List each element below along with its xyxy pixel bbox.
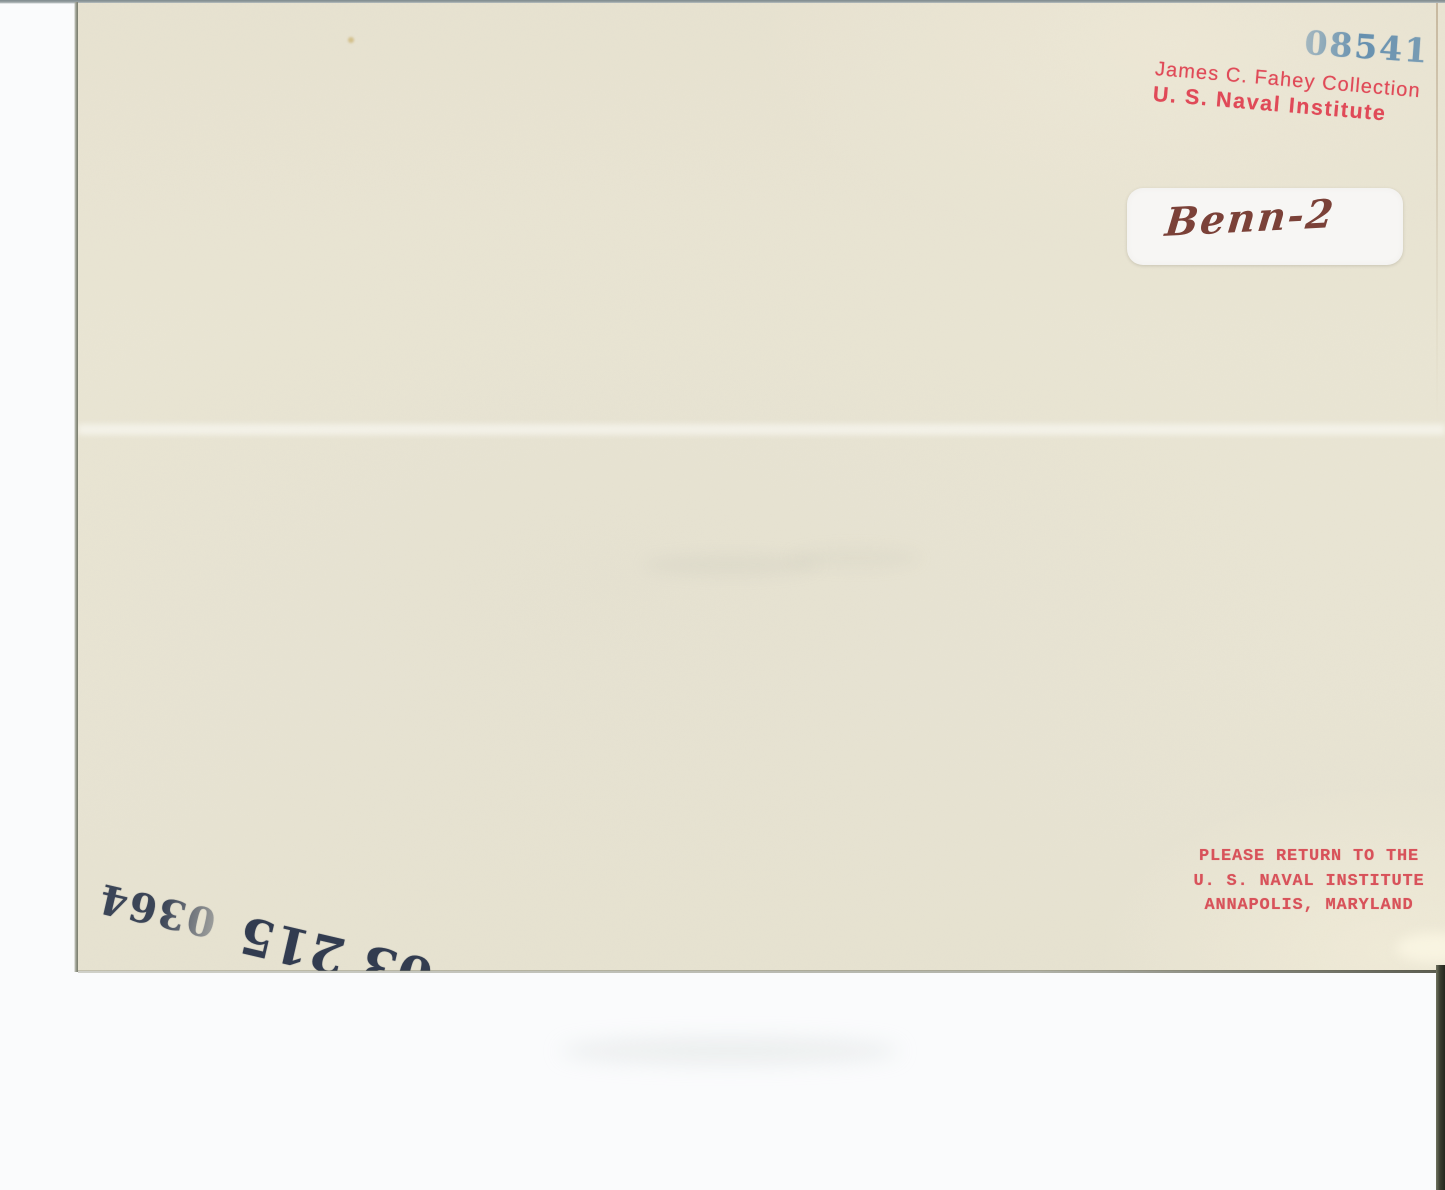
catalog-number-stamp: 08541 bbox=[1303, 23, 1430, 71]
scanned-photo-back: 08541 James C. Fahey Collection U. S. Na… bbox=[0, 0, 1445, 1190]
return-stamp-line3: ANNAPOLIS, MARYLAND bbox=[1180, 894, 1438, 919]
accession-number-group1: 03 215 bbox=[233, 905, 439, 971]
paper-left-edge-line bbox=[74, 2, 78, 972]
return-stamp-line1: PLEASE RETURN TO THE bbox=[1180, 845, 1438, 870]
scanner-right-dark-strip bbox=[1436, 965, 1445, 1190]
paper-bottom-edge-shadow bbox=[78, 970, 1445, 973]
scanner-background-smudge bbox=[560, 1038, 900, 1064]
return-stamp-line2: U. S. NAVAL INSTITUTE bbox=[1180, 870, 1438, 895]
accession-number-group2: 0364 bbox=[93, 874, 220, 947]
label-handwriting: Benn-2 bbox=[1163, 191, 1337, 246]
paper-crease-line bbox=[1436, 3, 1438, 423]
photo-back-paper: 08541 James C. Fahey Collection U. S. Na… bbox=[78, 3, 1445, 971]
return-address-stamp: PLEASE RETURN TO THE U. S. NAVAL INSTITU… bbox=[1180, 845, 1438, 919]
paper-grain-texture bbox=[78, 3, 1445, 971]
collection-stamp: James C. Fahey Collection U. S. Naval In… bbox=[1152, 58, 1422, 129]
accession-number-stamp-upside-down: 03 215 0364 bbox=[102, 846, 434, 971]
paper-smudge bbox=[790, 548, 920, 568]
paper-speck bbox=[348, 37, 354, 43]
archive-label-sticker: Benn-2 bbox=[1127, 188, 1403, 265]
paper-bright-spot bbox=[1396, 933, 1445, 963]
paper-stain-band bbox=[78, 424, 1445, 435]
